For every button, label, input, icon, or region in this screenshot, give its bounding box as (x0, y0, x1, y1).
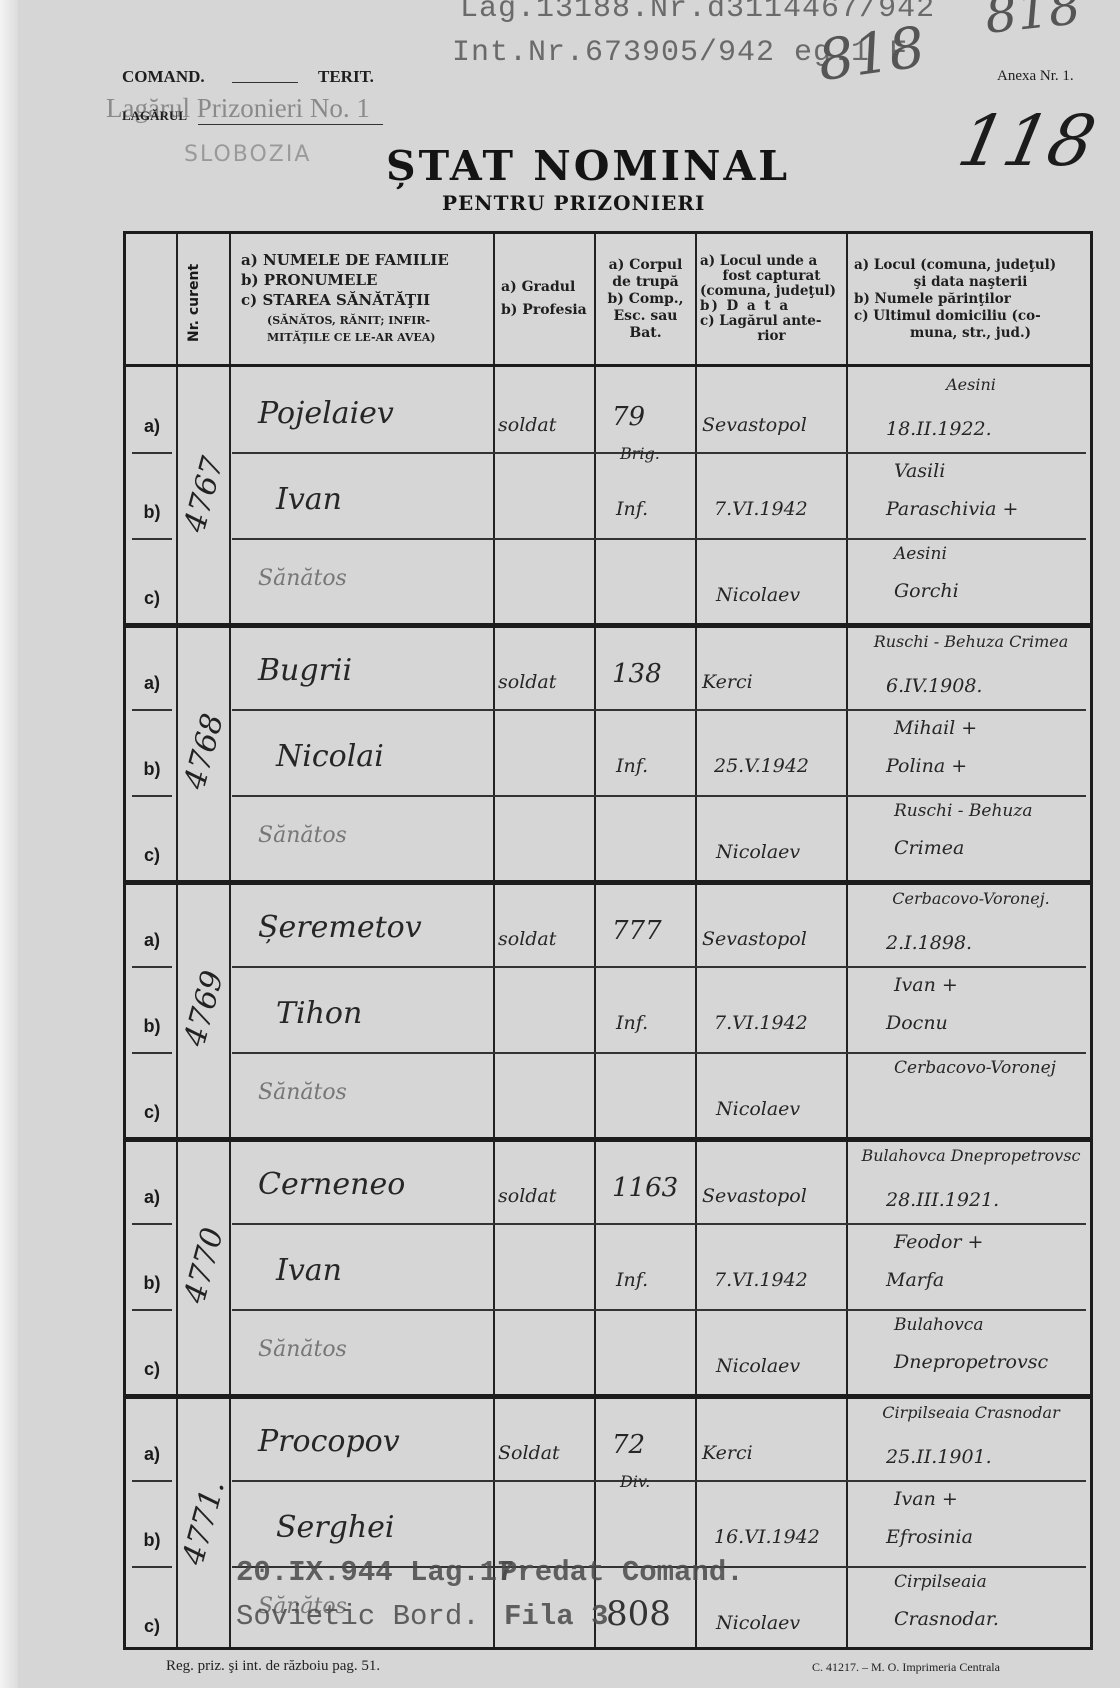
domicile-line1: Aesini (894, 544, 947, 564)
parent-mother: Efrosinia (886, 1526, 973, 1548)
surname: Procopov (258, 1424, 400, 1459)
page-subtitle: PENTRU PRIZONIERI (442, 191, 705, 215)
transfer-stamp-line2-left: Sovietic Bord. (236, 1600, 480, 1633)
header-capture-line: a) Locul unde a (700, 254, 843, 269)
domicile-line1: Ruschi - Behuza (894, 801, 1032, 821)
domicile-line2: Dnepropetrovsc (894, 1351, 1048, 1373)
prisoner-record: a)b)c)4770CerneneoIvanSănătossoldat1163I… (126, 1137, 1090, 1394)
record-number: 4771. (176, 1476, 232, 1568)
anexa-label: Anexa Nr. 1. (997, 68, 1074, 85)
record-number: 4768 (177, 710, 231, 793)
lagarul-label: LAGĂRUL (122, 108, 187, 124)
grade: Soldat (498, 1442, 560, 1464)
parent-mother: Docnu (886, 1012, 948, 1034)
header-name-line: a) NUMELE DE FAMILIE (241, 252, 487, 269)
record-divider (126, 623, 1090, 628)
unit-b: Inf. (616, 755, 648, 777)
header-capture-line: fost capturat (700, 269, 843, 284)
capture-place: Sevastopol (702, 928, 807, 950)
record-divider (126, 1394, 1090, 1399)
lagarul-blank-line (198, 124, 383, 125)
comand-label: COMAND. (122, 67, 205, 87)
row-label: c) (126, 588, 178, 609)
birth-place: Ruschi - Behuza Crimea (856, 631, 1086, 653)
subrow-divider (232, 966, 1086, 968)
birth-date: 6.IV.1908. (886, 675, 982, 697)
row-label: b) (126, 759, 178, 780)
transfer-fila-handwritten: 808 (606, 1594, 671, 1634)
subrow-divider (132, 709, 172, 711)
header-capture-line: c) Lagărul ante- (700, 314, 843, 329)
prisoner-table: Nr. curent a) NUMELE DE FAMILIE b) PRONU… (123, 231, 1093, 1650)
prisoner-record: a)b)c)4767PojelaievIvanSănătossoldat79Br… (126, 366, 1090, 623)
header-capture-line: rior (700, 329, 843, 344)
subrow-divider (232, 538, 1086, 540)
first-name: Ivan (276, 482, 342, 517)
header-capture-column: a) Locul unde a fost capturat (comuna, j… (697, 234, 846, 364)
previous-camp: Nicolaev (716, 1612, 800, 1634)
capture-place: Sevastopol (702, 1185, 807, 1207)
capture-place: Sevastopol (702, 414, 807, 436)
transfer-stamp-line1-right: Predat Comand. (500, 1556, 744, 1589)
unit-a: 1163 (612, 1173, 678, 1203)
header-birth-column: a) Locul (comuna, judeţul) şi data naşte… (848, 234, 1093, 364)
grade: soldat (498, 671, 556, 693)
row-label: a) (126, 930, 178, 951)
parent-mother: Polina + (886, 755, 967, 777)
row-label: b) (126, 502, 178, 523)
grade: soldat (498, 1185, 556, 1207)
domicile-line2: Gorchi (894, 580, 959, 602)
birth-place: Aesini (856, 374, 1086, 396)
health-status: Sănătos (258, 1080, 347, 1105)
birth-date: 25.II.1901. (886, 1446, 992, 1468)
header-grade-line: a) Gradul (501, 279, 588, 296)
header-birth-line: şi data naşterii (854, 274, 1087, 291)
record-number: 4769 (177, 967, 231, 1050)
domicile-line1: Bulahovca (894, 1315, 983, 1335)
previous-camp: Nicolaev (716, 1098, 800, 1120)
parent-father: Feodor + (894, 1231, 983, 1253)
header-birth-line: b) Numele părinţilor (854, 291, 1087, 308)
parent-father: Mihail + (894, 717, 977, 739)
header-capture-line: b) D a t a (700, 299, 843, 314)
unit-b: Inf. (616, 1269, 648, 1291)
previous-camp: Nicolaev (716, 584, 800, 606)
row-label: b) (126, 1016, 178, 1037)
header-birth-line: muna, str., jud.) (854, 325, 1087, 342)
row-label: b) (126, 1530, 178, 1551)
record-number-cell: 4769 (178, 880, 230, 1137)
page-edge (0, 0, 18, 1688)
birth-place: Bulahovca Dnepropetrovsc (856, 1145, 1086, 1167)
header-name-column: a) NUMELE DE FAMILIE b) PRONUMELE c) STA… (231, 234, 493, 364)
health-status: Sănătos (258, 1337, 347, 1362)
terit-label: TERIT. (318, 67, 374, 87)
record-number: 4770 (177, 1224, 231, 1307)
header-capture-line: (comuna, judeţul) (700, 284, 843, 299)
birth-date: 28.III.1921. (886, 1189, 999, 1211)
subrow-divider (132, 1223, 172, 1225)
grade: soldat (498, 928, 556, 950)
row-label: a) (126, 1444, 178, 1465)
row-label: c) (126, 845, 178, 866)
header-nr-curent: Nr. curent (186, 264, 202, 342)
prisoner-record: a)b)c)4769ȘeremetovTihonSănătossoldat777… (126, 880, 1090, 1137)
row-label: c) (126, 1102, 178, 1123)
capture-date: 16.VI.1942 (714, 1526, 820, 1548)
header-unit-line: a) Corpul (602, 257, 689, 274)
subrow-divider (132, 1309, 172, 1311)
row-label: b) (126, 1273, 178, 1294)
first-name: Ivan (276, 1253, 342, 1288)
surname: Pojelaiev (258, 396, 394, 431)
header-unit-line: b) Comp., (602, 291, 689, 308)
folio-number-handwritten-2: 818 (982, 0, 1083, 45)
header-birth-line: c) Ultimul domiciliu (co- (854, 308, 1087, 325)
health-status: Sănătos (258, 823, 347, 848)
transfer-stamp-line2-right: Fila 3 (504, 1600, 608, 1633)
parent-father: Ivan + (894, 974, 958, 996)
birth-date: 2.I.1898. (886, 932, 972, 954)
subrow-divider (132, 1052, 172, 1054)
unit-a: 79 (612, 402, 645, 432)
unit-b: Inf. (616, 1012, 648, 1034)
capture-date: 25.V.1942 (714, 755, 809, 777)
subrow-divider (132, 1566, 172, 1568)
domicile-line1: Cerbacovo-Voronej (894, 1058, 1056, 1078)
unit-a: 72 (612, 1430, 645, 1460)
header-unit-line: Esc. sau (602, 308, 689, 325)
capture-place: Kerci (702, 671, 753, 693)
comand-blank-line (232, 82, 298, 83)
capture-place: Kerci (702, 1442, 753, 1464)
camp-location-stamp: SLOBOZIA (184, 142, 311, 167)
unit-a-note: Div. (620, 1472, 650, 1491)
subrow-divider (132, 795, 172, 797)
page-number-handwritten: 118 (951, 100, 1102, 182)
previous-camp: Nicolaev (716, 1355, 800, 1377)
capture-date: 7.VI.1942 (714, 498, 808, 520)
health-status: Sănătos (258, 566, 347, 591)
parent-father: Ivan + (894, 1488, 958, 1510)
capture-date: 7.VI.1942 (714, 1012, 808, 1034)
record-number-cell: 4768 (178, 623, 230, 880)
parent-mother: Marfa (886, 1269, 944, 1291)
row-label: a) (126, 1187, 178, 1208)
subrow-divider (232, 795, 1086, 797)
subrow-divider (132, 966, 172, 968)
row-label: a) (126, 673, 178, 694)
subrow-divider (232, 1223, 1086, 1225)
header-grade-line: b) Profesia (501, 302, 588, 319)
row-label: a) (126, 416, 178, 437)
domicile-line2: Crimea (894, 837, 964, 859)
record-divider (126, 880, 1090, 885)
subrow-divider (132, 1480, 172, 1482)
birth-place: Cirpilseaia Crasnodar (856, 1402, 1086, 1424)
record-divider (126, 1137, 1090, 1142)
unit-a-note: Brig. (620, 444, 660, 463)
record-number: 4767 (177, 453, 231, 536)
header-unit-column: a) Corpul de trupă b) Comp., Esc. sau Ba… (596, 234, 695, 364)
header-unit-line: Bat. (602, 325, 689, 342)
subrow-divider (232, 1052, 1086, 1054)
subrow-divider (132, 538, 172, 540)
header-name-line: (SĂNĂTOS, RĂNIT; INFIR- (241, 312, 487, 329)
page-title: ȘTAT NOMINAL (386, 142, 790, 190)
subrow-divider (232, 1309, 1086, 1311)
header-grade-column: a) Gradul b) Profesia (495, 234, 594, 364)
domicile-line2: Crasnodar. (894, 1608, 999, 1630)
row-label: c) (126, 1616, 178, 1637)
birth-place: Cerbacovo-Voronej. (856, 888, 1086, 910)
record-number-cell: 4770 (178, 1137, 230, 1394)
parent-mother: Paraschivia + (886, 498, 1018, 520)
subrow-divider (232, 1480, 1086, 1482)
footer-right: C. 41217. – M. O. Imprimeria Centrala (812, 1660, 1000, 1675)
folio-number-handwritten: 818 (814, 15, 929, 94)
unit-a: 777 (612, 916, 662, 946)
footer-left: Reg. priz. şi int. de războiu pag. 51. (166, 1658, 380, 1675)
transfer-stamp-line1-left: 20.IX.944 Lag.17 (236, 1556, 514, 1589)
surname: Bugrii (258, 653, 352, 688)
record-number-cell: 4771. (178, 1394, 230, 1651)
surname: Șeremetov (258, 910, 422, 945)
parent-father: Vasili (894, 460, 945, 482)
header-name-line: c) STAREA SĂNĂTĂŢII (241, 292, 487, 309)
first-name: Nicolai (276, 739, 384, 774)
prisoner-record: a)b)c)4768BugriiNicolaiSănătossoldat138I… (126, 623, 1090, 880)
unit-b: Inf. (616, 498, 648, 520)
record-number-cell: 4767 (178, 366, 230, 623)
subrow-divider (232, 709, 1086, 711)
header-birth-line: a) Locul (comuna, judeţul) (854, 257, 1087, 274)
header-name-line: MITĂŢILE CE LE-AR AVEA) (241, 329, 487, 346)
header-name-line: b) PRONUMELE (241, 272, 487, 289)
subrow-divider (132, 452, 172, 454)
domicile-line1: Cirpilseaia (894, 1572, 987, 1592)
grade: soldat (498, 414, 556, 436)
previous-camp: Nicolaev (716, 841, 800, 863)
unit-a: 138 (612, 659, 662, 689)
first-name: Serghei (276, 1510, 395, 1545)
header-unit-line: de trupă (602, 274, 689, 291)
capture-date: 7.VI.1942 (714, 1269, 808, 1291)
birth-date: 18.II.1922. (886, 418, 992, 440)
surname: Cerneneo (258, 1167, 405, 1202)
first-name: Tihon (276, 996, 362, 1031)
row-label: c) (126, 1359, 178, 1380)
